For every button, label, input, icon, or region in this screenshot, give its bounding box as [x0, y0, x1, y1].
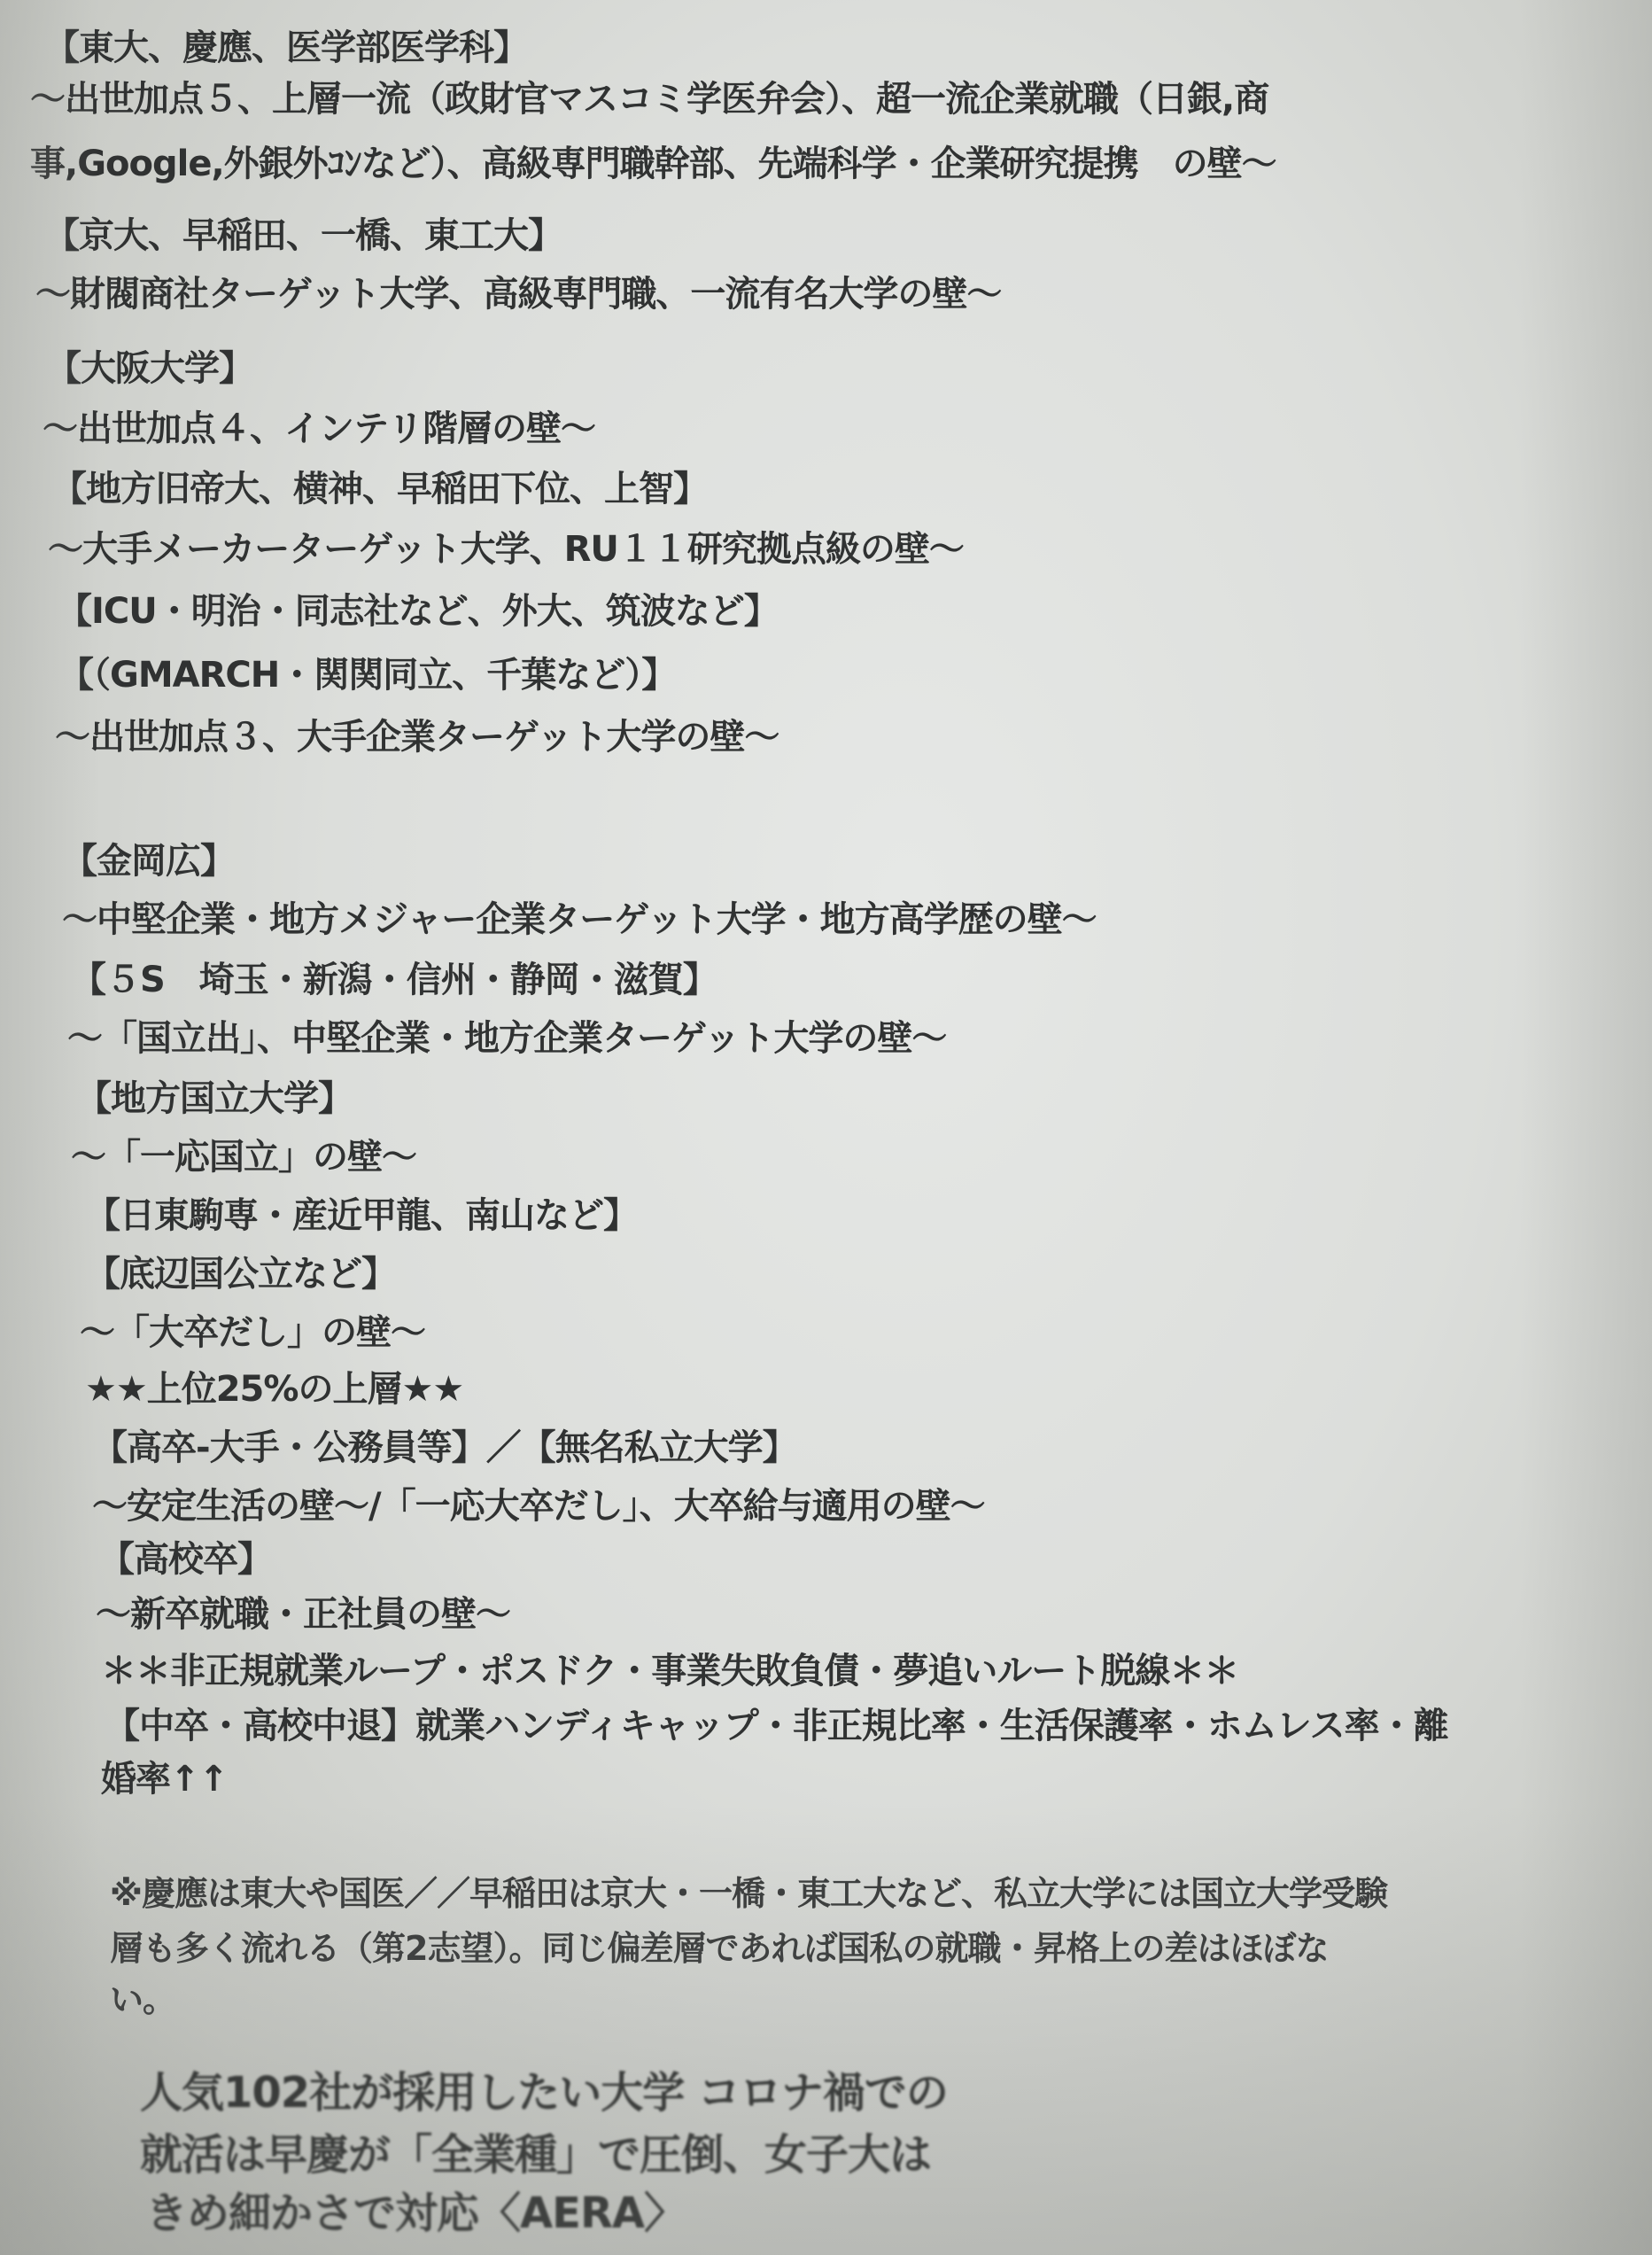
tier-line: ～出世加点５、上層一流（政財官マスコミ学医弁会）、超一流企業就職（日銀,商 — [30, 82, 1268, 117]
tier-line: 【５S 埼玉・新潟・信州・静岡・滋賀】 — [71, 962, 717, 998]
tier-line: 【（GMARCH・関関同立、千葉など）】 — [58, 657, 676, 693]
article-headline-line: 人気102社が採用したい大学 コロナ禍での — [140, 2072, 948, 2114]
tier-line: 【高卒-大手・公務員等】／【無名私立大学】 — [92, 1430, 797, 1466]
tier-line: 【地方旧帝大、横神、早稲田下位、上智】 — [51, 471, 708, 507]
tier-line: 【金岡広】 — [62, 844, 235, 879]
tier-line: ＊＊非正規就業ループ・ポスドク・事業失敗負債・夢追いルート脱線＊＊ — [101, 1653, 1238, 1689]
tier-line: ～「一応国立」の壁～ — [71, 1139, 416, 1175]
tier-line: ～「国立出」、中堅企業・地方企業ターゲット大学の壁～ — [67, 1021, 946, 1056]
tier-line: ～新卒就職・正社員の壁～ — [96, 1597, 510, 1632]
tier-line: 【高校卒】 — [99, 1542, 272, 1577]
tier-line: ～財閥商社ターゲット大学、高級専門職、一流有名大学の壁～ — [35, 276, 1001, 312]
article-headline-line: 就活は早慶が「全業種」で圧倒、女子大は — [140, 2134, 931, 2176]
photographed-document: 【東大、慶應、医学部医学科】～出世加点５、上層一流（政財官マスコミ学医弁会）、超… — [0, 0, 1652, 2255]
tier-line: ★★上位25%の上層★★ — [85, 1372, 463, 1407]
note-line: ※慶應は東大や国医／／早稲田は京大・一橋・東工大など、私立大学には国立大学受験 — [110, 1877, 1387, 1910]
tier-line: ～大手メーカーターゲット大学、RU１１研究拠点級の壁～ — [48, 532, 964, 567]
tier-line: 【底辺国公立など】 — [85, 1256, 396, 1292]
tier-line: ～中堅企業・地方メジャー企業ターゲット大学・地方高学歴の壁～ — [62, 902, 1097, 937]
tier-line: 【日東駒専・産近甲龍、南山など】 — [85, 1198, 638, 1233]
note-line: い。 — [110, 1983, 175, 2017]
tier-line: ～出世加点３、大手企業ターゲット大学の壁～ — [55, 719, 779, 755]
tier-line: ～出世加点４、インテリ階層の壁～ — [43, 411, 595, 447]
tier-line: ～「大卒だし」の壁～ — [80, 1315, 425, 1350]
tier-line: 【大阪大学】 — [46, 351, 253, 386]
tier-line: 婚率↑↑ — [101, 1761, 228, 1797]
tier-line: 事,Google,外銀外ｺﾝなど）、高級専門職幹部、先端科学・企業研究提携 の壁… — [30, 146, 1276, 182]
note-line: 層も多く流れる（第2志望）。同じ偏差層であれば国私の就職・昇格上の差はほぼな — [110, 1932, 1328, 1965]
article-headline-line: きめ細かさで対応〈AERA〉 — [145, 2192, 686, 2235]
tier-line: 【中卒・高校中退】就業ハンディキャップ・非正規比率・生活保護率・ホムレス率・離 — [105, 1708, 1448, 1744]
tier-line: ～安定生活の壁～/「一応大卒だし」、大卒給与適用の壁～ — [92, 1489, 985, 1524]
tier-line: 【京大、早稲田、一橋、東工大】 — [44, 218, 562, 253]
tier-line: 【地方国立大学】 — [76, 1081, 353, 1116]
tier-line: 【ICU・明治・同志社など、外大、筑波など】 — [57, 594, 779, 629]
tier-line: 【東大、慶應、医学部医学科】 — [44, 30, 528, 66]
